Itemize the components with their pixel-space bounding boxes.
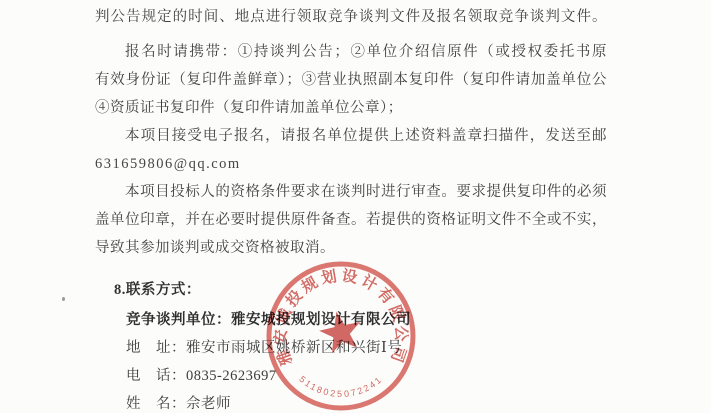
seal-number-text: 5118025072241 — [297, 374, 384, 399]
company-seal: 雅安城投规划设计有限公司 5118025072241 — [256, 251, 426, 413]
text-line: 盖单位印章，并在必要时提供原件备查。若提供的资格证明文件不全或不实，将 — [95, 206, 607, 234]
email-address: 631659806@qq.com — [95, 150, 607, 178]
text-line: 本项目投标人的资格条件要求在谈判时进行审查。要求提供复印件的必须加 — [95, 178, 607, 206]
text-line: 有效身份证（复印件盖鲜章）；③营业执照副本复印件（复印件请加盖单位公章）； — [95, 66, 607, 94]
star-icon — [316, 307, 365, 355]
text-line: ④资质证书复印件（复印件请加盖单位公章）； — [95, 94, 607, 122]
text-line: 本项目接受电子报名，请报名单位提供上述资料盖章扫描件，发送至邮箱： — [95, 122, 607, 150]
scan-artifact-dot — [62, 297, 65, 301]
text-line: 报名时请携带：①持谈判公告；②单位介绍信原件（或授权委托书原件）、 — [95, 38, 607, 66]
document-page: 判公告规定的时间、地点进行领取竞争谈判文件及报名领取竞争谈判文件。 报名时请携带… — [0, 0, 711, 413]
text-line: 判公告规定的时间、地点进行领取竞争谈判文件及报名领取竞争谈判文件。 — [95, 3, 607, 31]
